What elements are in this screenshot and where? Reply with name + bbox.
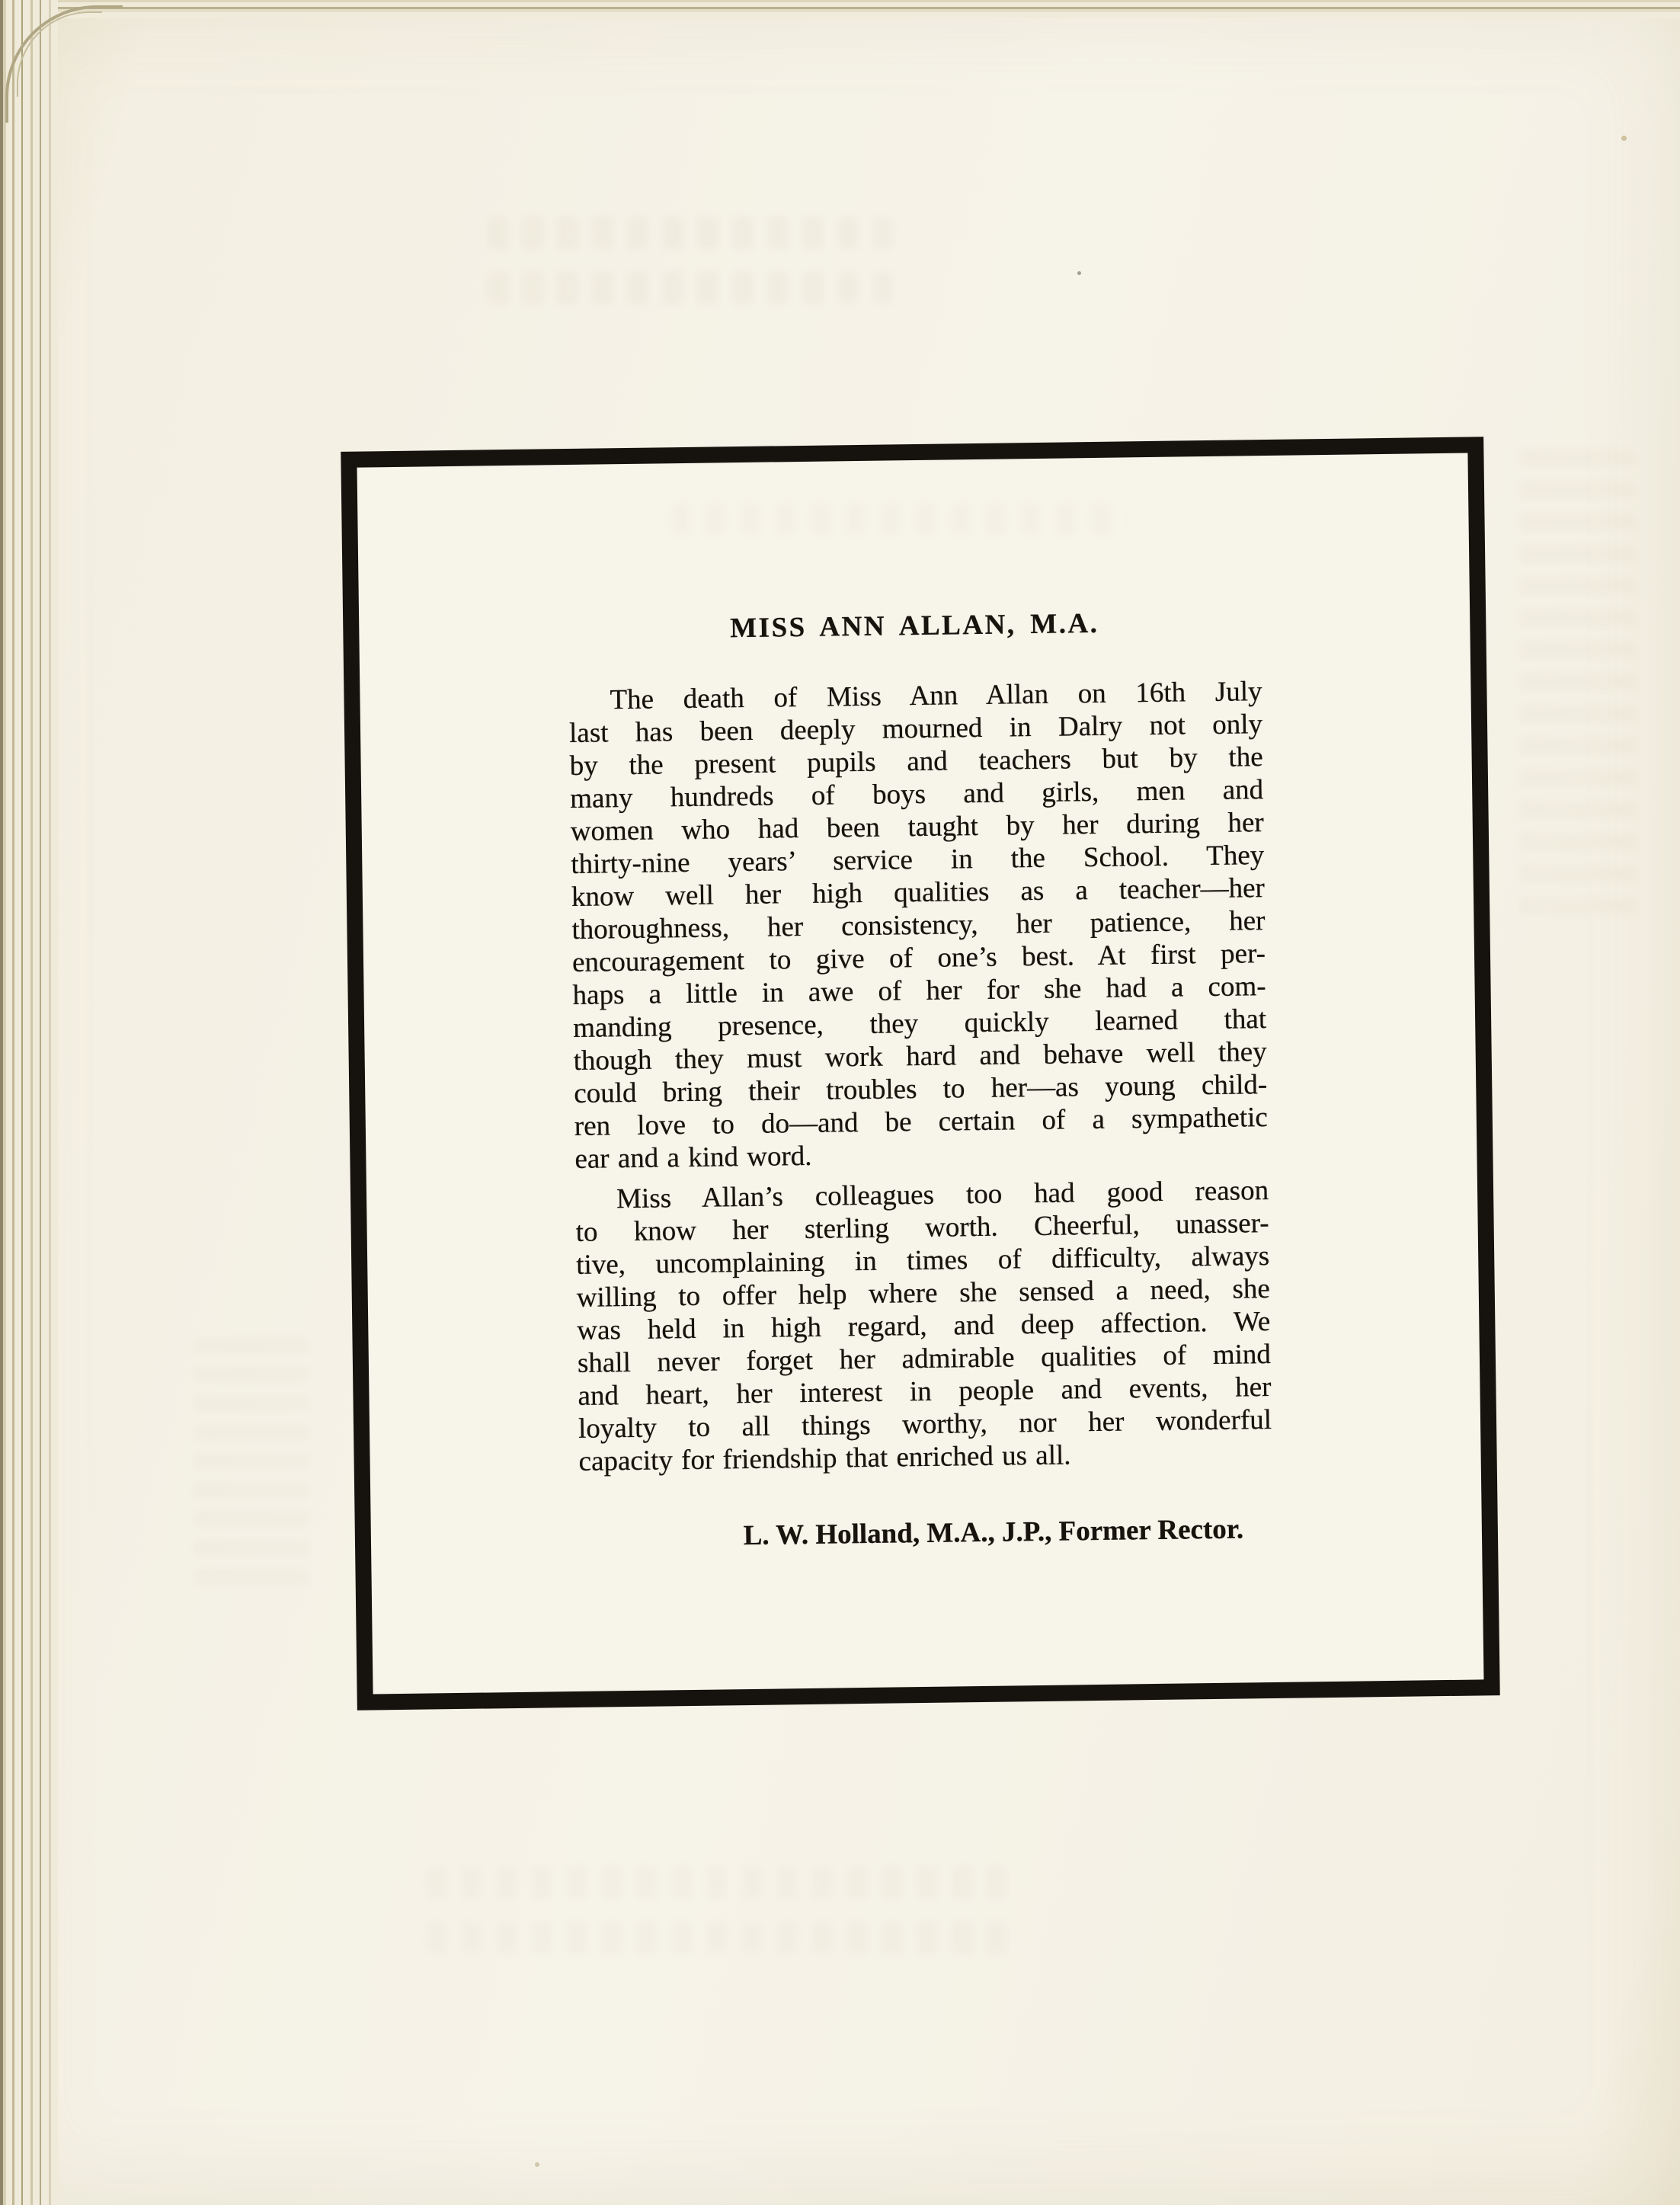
page-edge-line	[40, 0, 41, 2205]
page-edge-line	[30, 0, 33, 2205]
bleed-through-ghost	[1520, 442, 1634, 914]
memorial-text-block: MISS ANN ALLAN, M.A. The death of Miss A…	[357, 453, 1484, 1695]
bleed-through-ghost	[194, 1326, 309, 1585]
scanned-book-page: MISS ANN ALLAN, M.A. The death of Miss A…	[0, 0, 1680, 2205]
paper-speck	[1077, 271, 1081, 275]
article-title: MISS ANN ALLAN, M.A.	[568, 605, 1261, 647]
book-page-edges-left	[0, 0, 58, 2205]
paper-speck	[1621, 136, 1627, 141]
signature-line: L. W. Holland, M.A., J.P., Former Rector…	[714, 1512, 1274, 1554]
page-edge-line	[12, 0, 14, 2205]
book-page-edges-top	[0, 0, 1680, 18]
memorial-frame: MISS ANN ALLAN, M.A. The death of Miss A…	[341, 437, 1499, 1710]
bleed-through-ghost	[488, 217, 899, 327]
paragraph-1: The death of Miss Ann Allan on 16th July…	[568, 675, 1268, 1176]
paper-speck	[535, 2162, 539, 2167]
page-edge-line	[21, 0, 23, 2205]
bleed-through-ghost	[427, 1867, 1006, 1976]
paragraph-2: Miss Allan’s colleagues too had good rea…	[575, 1174, 1272, 1478]
page-edge-line	[49, 0, 51, 2205]
